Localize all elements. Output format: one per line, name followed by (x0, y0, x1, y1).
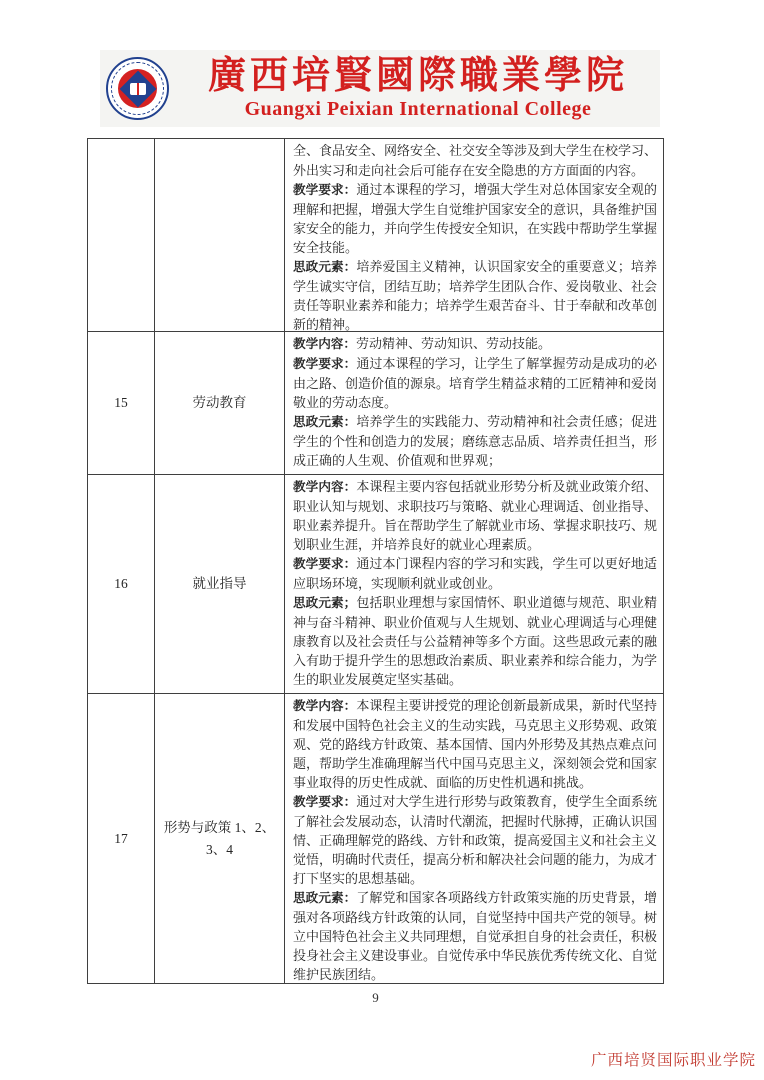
paragraph: 教学内容：本课程主要内容包括就业形势分析及就业政策介绍、职业认知与规划、求职技巧… (293, 477, 657, 554)
table-row-16: 16 就业指导 教学内容：本课程主要内容包括就业形势分析及就业政策介绍、职业认知… (88, 474, 663, 693)
course-table: 全、食品安全、网络安全、社交安全等涉及到大学生在校学习、外出实习和走向社会后可能… (87, 138, 664, 984)
course-description-cell: 教学内容：劳动精神、劳动知识、劳动技能。 教学要求：通过本课程的学习，让学生了解… (285, 332, 663, 474)
paragraph: 教学要求：通过对大学生进行形势与政策教育，使学生全面系统了解社会发展动态，认清时… (293, 792, 657, 888)
course-description-cell: 全、食品安全、网络安全、社交安全等涉及到大学生在校学习、外出实习和走向社会后可能… (285, 139, 663, 331)
paragraph: 教学要求：通过本课程的学习，增强大学生对总体国家安全观的理解和把握，增强大学生自… (293, 180, 657, 257)
college-header: 廣西培賢國際職業學院 Guangxi Peixian International… (100, 50, 660, 127)
paragraph-label: 教学内容： (293, 337, 356, 351)
paragraph-label: 教学要求： (293, 557, 356, 571)
paragraph: 教学要求：通过本课程的学习，让学生了解掌握劳动是成功的必由之路、创造价值的源泉。… (293, 354, 657, 412)
college-titles: 廣西培賢國際職業學院 Guangxi Peixian International… (182, 54, 654, 120)
footer-watermark: 广西培贤国际职业学院 (591, 1048, 756, 1070)
row-number-cell: 17 (88, 694, 155, 983)
course-name-cell: 劳动教育 (155, 332, 285, 474)
paragraph-label: 教学内容： (293, 699, 356, 713)
page-number: 9 (87, 990, 664, 1006)
paragraph-text: 全、食品安全、网络安全、社交安全等涉及到大学生在校学习、外出实习和走向社会后可能… (293, 143, 657, 178)
paragraph: 教学要求：通过本门课程内容的学习和实践，学生可以更好地适应职场环境，实现顺利就业… (293, 554, 657, 593)
paragraph: 教学内容：劳动精神、劳动知识、劳动技能。 (293, 334, 657, 354)
row-number-cell: 15 (88, 332, 155, 474)
college-title-chinese: 廣西培賢國際職業學院 (182, 54, 654, 98)
logo-book-icon (130, 83, 146, 95)
course-name-cell (155, 139, 285, 331)
row-number-cell: 16 (88, 475, 155, 693)
paragraph: 思政元素：了解党和国家各项路线方针政策实施的历史背景，增强对各项路线方针政策的认… (293, 888, 657, 983)
course-description-cell: 教学内容：本课程主要讲授党的理论创新最新成果，新时代坚持和发展中国特色社会主义的… (285, 694, 663, 983)
college-logo-icon (106, 57, 169, 120)
course-name-cell: 就业指导 (155, 475, 285, 693)
college-title-english: Guangxi Peixian International College (182, 98, 654, 120)
paragraph: 思政元素：培养学生的实践能力、劳动精神和社会责任感；促进学生的个性和创造力的发展… (293, 412, 657, 470)
course-description-cell: 教学内容：本课程主要内容包括就业形势分析及就业政策介绍、职业认知与规划、求职技巧… (285, 475, 663, 693)
table-row-continuation: 全、食品安全、网络安全、社交安全等涉及到大学生在校学习、外出实习和走向社会后可能… (88, 139, 663, 331)
paragraph-text: 劳动精神、劳动知识、劳动技能。 (356, 336, 551, 351)
row-number-cell (88, 139, 155, 331)
paragraph-label: 思政元素： (293, 891, 356, 905)
paragraph: 思政元素；包括职业理想与家国情怀、职业道德与规范、职业精神与奋斗精神、职业价值观… (293, 593, 657, 689)
paragraph-label: 思政元素： (293, 260, 356, 274)
paragraph-label: 教学要求： (293, 795, 356, 809)
table-row-15: 15 劳动教育 教学内容：劳动精神、劳动知识、劳动技能。 教学要求：通过本课程的… (88, 331, 663, 474)
course-name-cell: 形势与政策 1、2、3、4 (155, 694, 285, 983)
paragraph: 思政元素：培养爱国主义精神，认识国家安全的重要意义；培养学生诚实守信，团结互助；… (293, 257, 657, 331)
table-row-17: 17 形势与政策 1、2、3、4 教学内容：本课程主要讲授党的理论创新最新成果，… (88, 693, 663, 983)
paragraph: 教学内容：本课程主要讲授党的理论创新最新成果，新时代坚持和发展中国特色社会主义的… (293, 696, 657, 792)
paragraph-label: 思政元素； (293, 596, 356, 610)
paragraph: 全、食品安全、网络安全、社交安全等涉及到大学生在校学习、外出实习和走向社会后可能… (293, 141, 657, 180)
paragraph-label: 教学内容： (293, 480, 356, 494)
paragraph-label: 教学要求： (293, 183, 356, 197)
paragraph-label: 思政元素： (293, 415, 356, 429)
paragraph-label: 教学要求： (293, 357, 356, 371)
